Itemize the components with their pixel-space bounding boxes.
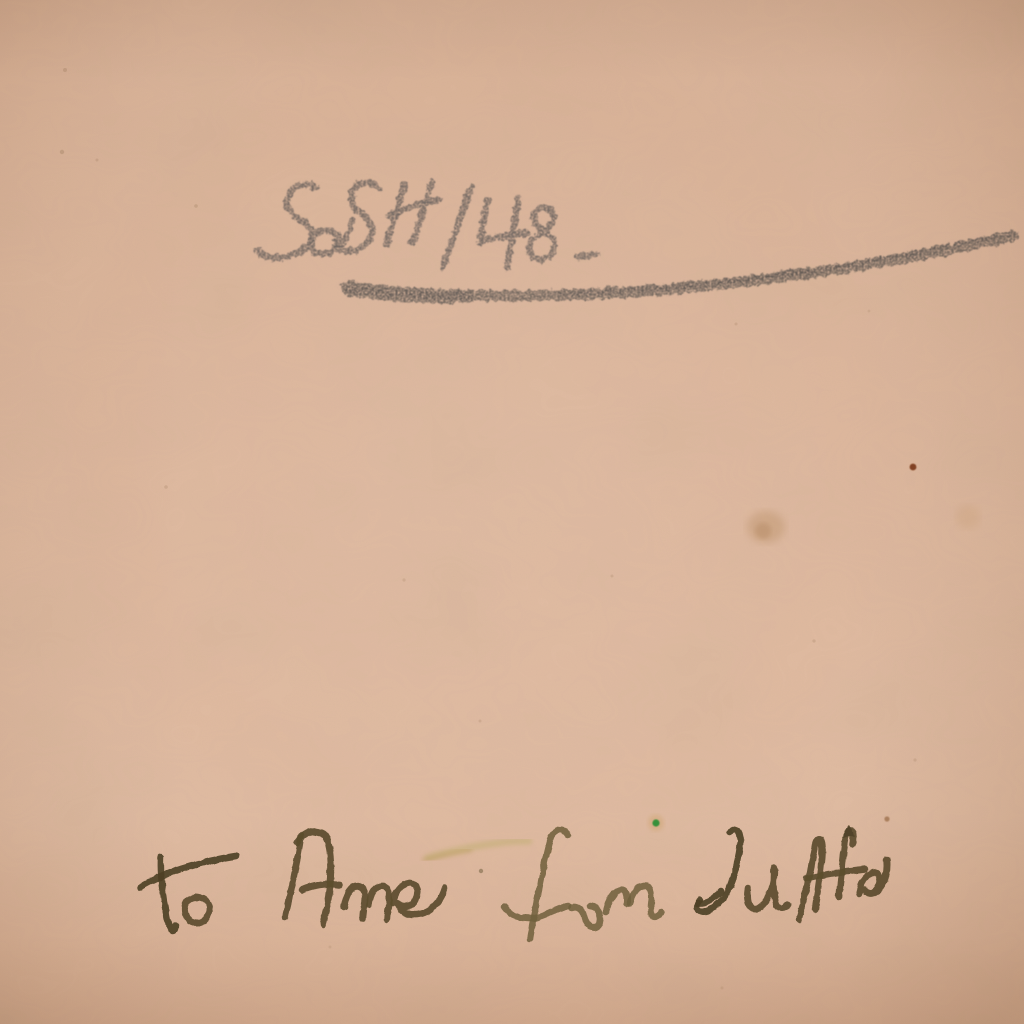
photo-vignette xyxy=(0,0,1024,1024)
photo-of-paper-verso: Aged tan paper sheet photographed flat, … xyxy=(0,0,1024,1024)
paper-photo-image: Aged tan paper sheet photographed flat, … xyxy=(0,0,1024,1024)
